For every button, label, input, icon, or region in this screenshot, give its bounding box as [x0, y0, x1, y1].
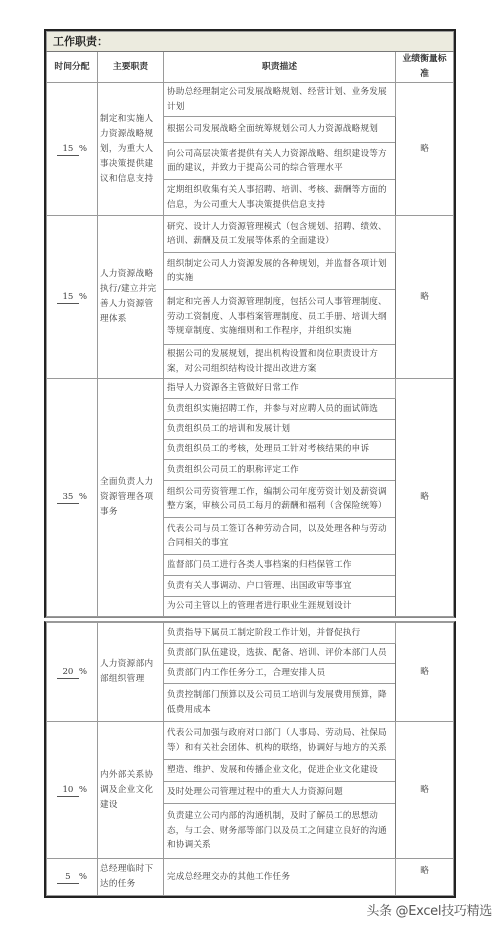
- percent-value: 20: [57, 667, 79, 679]
- duty-row: 10% 内外部关系协调及企业文化建设 代表公司加强与政府对口部门（人事局、劳动局…: [47, 722, 454, 760]
- duty-description: 监督部门员工进行各类人事档案的归档保管工作: [164, 555, 396, 576]
- header-row: 时间分配 主要职责 职责描述 业绩衡量标准: [47, 52, 454, 83]
- time-allocation: 35%: [47, 379, 98, 617]
- duty-description: 协助总经理制定公司发展战略规划、经营计划、业务发展计划: [164, 83, 396, 117]
- duty-description: 代表公司与员工签订各种劳动合同，以及处理各种与劳动合同相关的事宜: [164, 518, 396, 555]
- main-duty: 制定和实施人力资源战略规划，为重大人事决策提供建议和信息支持: [98, 83, 164, 216]
- percent-value: 15: [57, 292, 79, 304]
- duty-row: 15% 制定和实施人力资源战略规划，为重大人事决策提供建议和信息支持 协助总经理…: [47, 83, 454, 117]
- time-allocation: 15%: [47, 83, 98, 216]
- percent-sign: %: [79, 292, 87, 302]
- percent-value: 10: [57, 785, 79, 797]
- percent-value: 5: [57, 872, 79, 884]
- section-title: 工作职责：: [47, 32, 454, 52]
- header-duty: 主要职责: [98, 52, 164, 83]
- percent-value: 15: [57, 144, 79, 156]
- watermark-text: 头条 @Excel技巧精选: [366, 900, 492, 919]
- duty-description: 根据公司发展战略全面统筹规划公司人力资源战略规划: [164, 117, 396, 143]
- main-duty: 人力资源战略执行/建立并完善人力资源管理体系: [98, 216, 164, 379]
- percent-sign: %: [79, 667, 87, 677]
- percent-sign: %: [79, 492, 87, 502]
- duty-description: 向公司高层决策者提供有关人力资源战略、组织建设等方面的建议，并致力于提高公司的综…: [164, 143, 396, 180]
- duty-description: 负责控制部门预算以及公司员工培训与发展费用预算，降低费用成本: [164, 684, 396, 722]
- kpi-standard: 略: [396, 216, 454, 379]
- main-duty: 内外部关系协调及企业文化建设: [98, 722, 164, 859]
- job-duties-table-page-1: 工作职责： 时间分配 主要职责 职责描述 业绩衡量标准 15% 制定和实施人力资…: [44, 29, 456, 618]
- duty-description: 负责指导下属员工制定阶段工作计划，并督促执行: [164, 623, 396, 644]
- duty-description: 定期组织收集有关人事招聘、培训、考核、薪酬等方面的信息，为公司重大人事决策提供信…: [164, 180, 396, 216]
- duty-description: 代表公司加强与政府对口部门（人事局、劳动局、社保局等）和有关社会团体、机构的联络…: [164, 722, 396, 760]
- duty-row: 5% 总经理临时下达的任务 完成总经理交办的其他工作任务 略: [47, 859, 454, 896]
- duty-row: 35% 全面负责人力资源管理各项事务 指导人力资源各主管做好日常工作 略: [47, 379, 454, 399]
- header-kpi: 业绩衡量标准: [396, 52, 454, 83]
- duty-description: 及时处理公司管理过程中的重大人力资源问题: [164, 782, 396, 804]
- header-time: 时间分配: [47, 52, 98, 83]
- duty-description: 塑造、维护、发展和传播企业文化，促进企业文化建设: [164, 760, 396, 782]
- percent-sign: %: [79, 872, 87, 882]
- kpi-standard: 略: [396, 623, 454, 722]
- duty-description: 负责部门内工作任务分工，合理安排人员: [164, 664, 396, 684]
- duty-description: 组织制定公司人力资源发展的各种规划，并监督各项计划的实施: [164, 253, 396, 290]
- duty-description: 负责组织员工的考核，处理员工针对考核结果的申诉: [164, 440, 396, 460]
- duties-table: 工作职责： 时间分配 主要职责 职责描述 业绩衡量标准 15% 制定和实施人力资…: [46, 31, 454, 617]
- duty-description: 负责部门队伍建设，选拔、配备、培训、评价本部门人员: [164, 644, 396, 664]
- duty-description: 指导人力资源各主管做好日常工作: [164, 379, 396, 399]
- percent-value: 35: [57, 492, 79, 504]
- time-allocation: 20%: [47, 623, 98, 722]
- percent-sign: %: [79, 144, 87, 154]
- job-duties-table-page-2: 20% 人力资源部内部组织管理 负责指导下属员工制定阶段工作计划，并督促执行 略…: [44, 621, 456, 898]
- duty-description: 负责组织实施招聘工作，并参与对应聘人员的面试筛选: [164, 399, 396, 420]
- duty-description: 根据公司的发展规划，提出机构设置和岗位职责设计方案，对公司组织结构设计提出改进方…: [164, 345, 396, 379]
- duty-description: 组织公司劳资管理工作，编制公司年度劳资计划及薪资调整方案，审核公司员工每月的薪酬…: [164, 481, 396, 518]
- header-desc: 职责描述: [164, 52, 396, 83]
- duty-row: 15% 人力资源战略执行/建立并完善人力资源管理体系 研究、设计人力资源管理模式…: [47, 216, 454, 253]
- duty-description: 制定和完善人力资源管理制度，包括公司人事管理制度、劳动工资制度、人事档案管理制度…: [164, 290, 396, 345]
- percent-sign: %: [79, 785, 87, 795]
- kpi-standard: 略: [396, 722, 454, 859]
- title-row: 工作职责：: [47, 32, 454, 52]
- kpi-standard: 略: [396, 379, 454, 617]
- time-allocation: 15%: [47, 216, 98, 379]
- duty-description: 负责组织公司员工的职称评定工作: [164, 460, 396, 481]
- duty-description: 为公司主管以上的管理者进行职业生涯规划设计: [164, 597, 396, 617]
- main-duty: 总经理临时下达的任务: [98, 859, 164, 896]
- duty-description: 负责组织员工的培训和发展计划: [164, 420, 396, 440]
- time-allocation: 10%: [47, 722, 98, 859]
- time-allocation: 5%: [47, 859, 98, 896]
- duty-description: 负责建立公司内部的沟通机制，及时了解员工的思想动态，与工会、财务部等部门以及员工…: [164, 804, 396, 859]
- duty-description: 研究、设计人力资源管理模式（包含规划、招聘、绩效、培训、薪酬及员工发展等体系的全…: [164, 216, 396, 253]
- duty-description: 负责有关人事调动、户口管理、出国政审等事宜: [164, 576, 396, 597]
- main-duty: 全面负责人力资源管理各项事务: [98, 379, 164, 617]
- duties-table-continued: 20% 人力资源部内部组织管理 负责指导下属员工制定阶段工作计划，并督促执行 略…: [46, 622, 454, 896]
- duty-row: 20% 人力资源部内部组织管理 负责指导下属员工制定阶段工作计划，并督促执行 略: [47, 623, 454, 644]
- kpi-standard: 略: [396, 859, 454, 896]
- main-duty: 人力资源部内部组织管理: [98, 623, 164, 722]
- kpi-standard: 略: [396, 83, 454, 216]
- duty-description: 完成总经理交办的其他工作任务: [164, 859, 396, 896]
